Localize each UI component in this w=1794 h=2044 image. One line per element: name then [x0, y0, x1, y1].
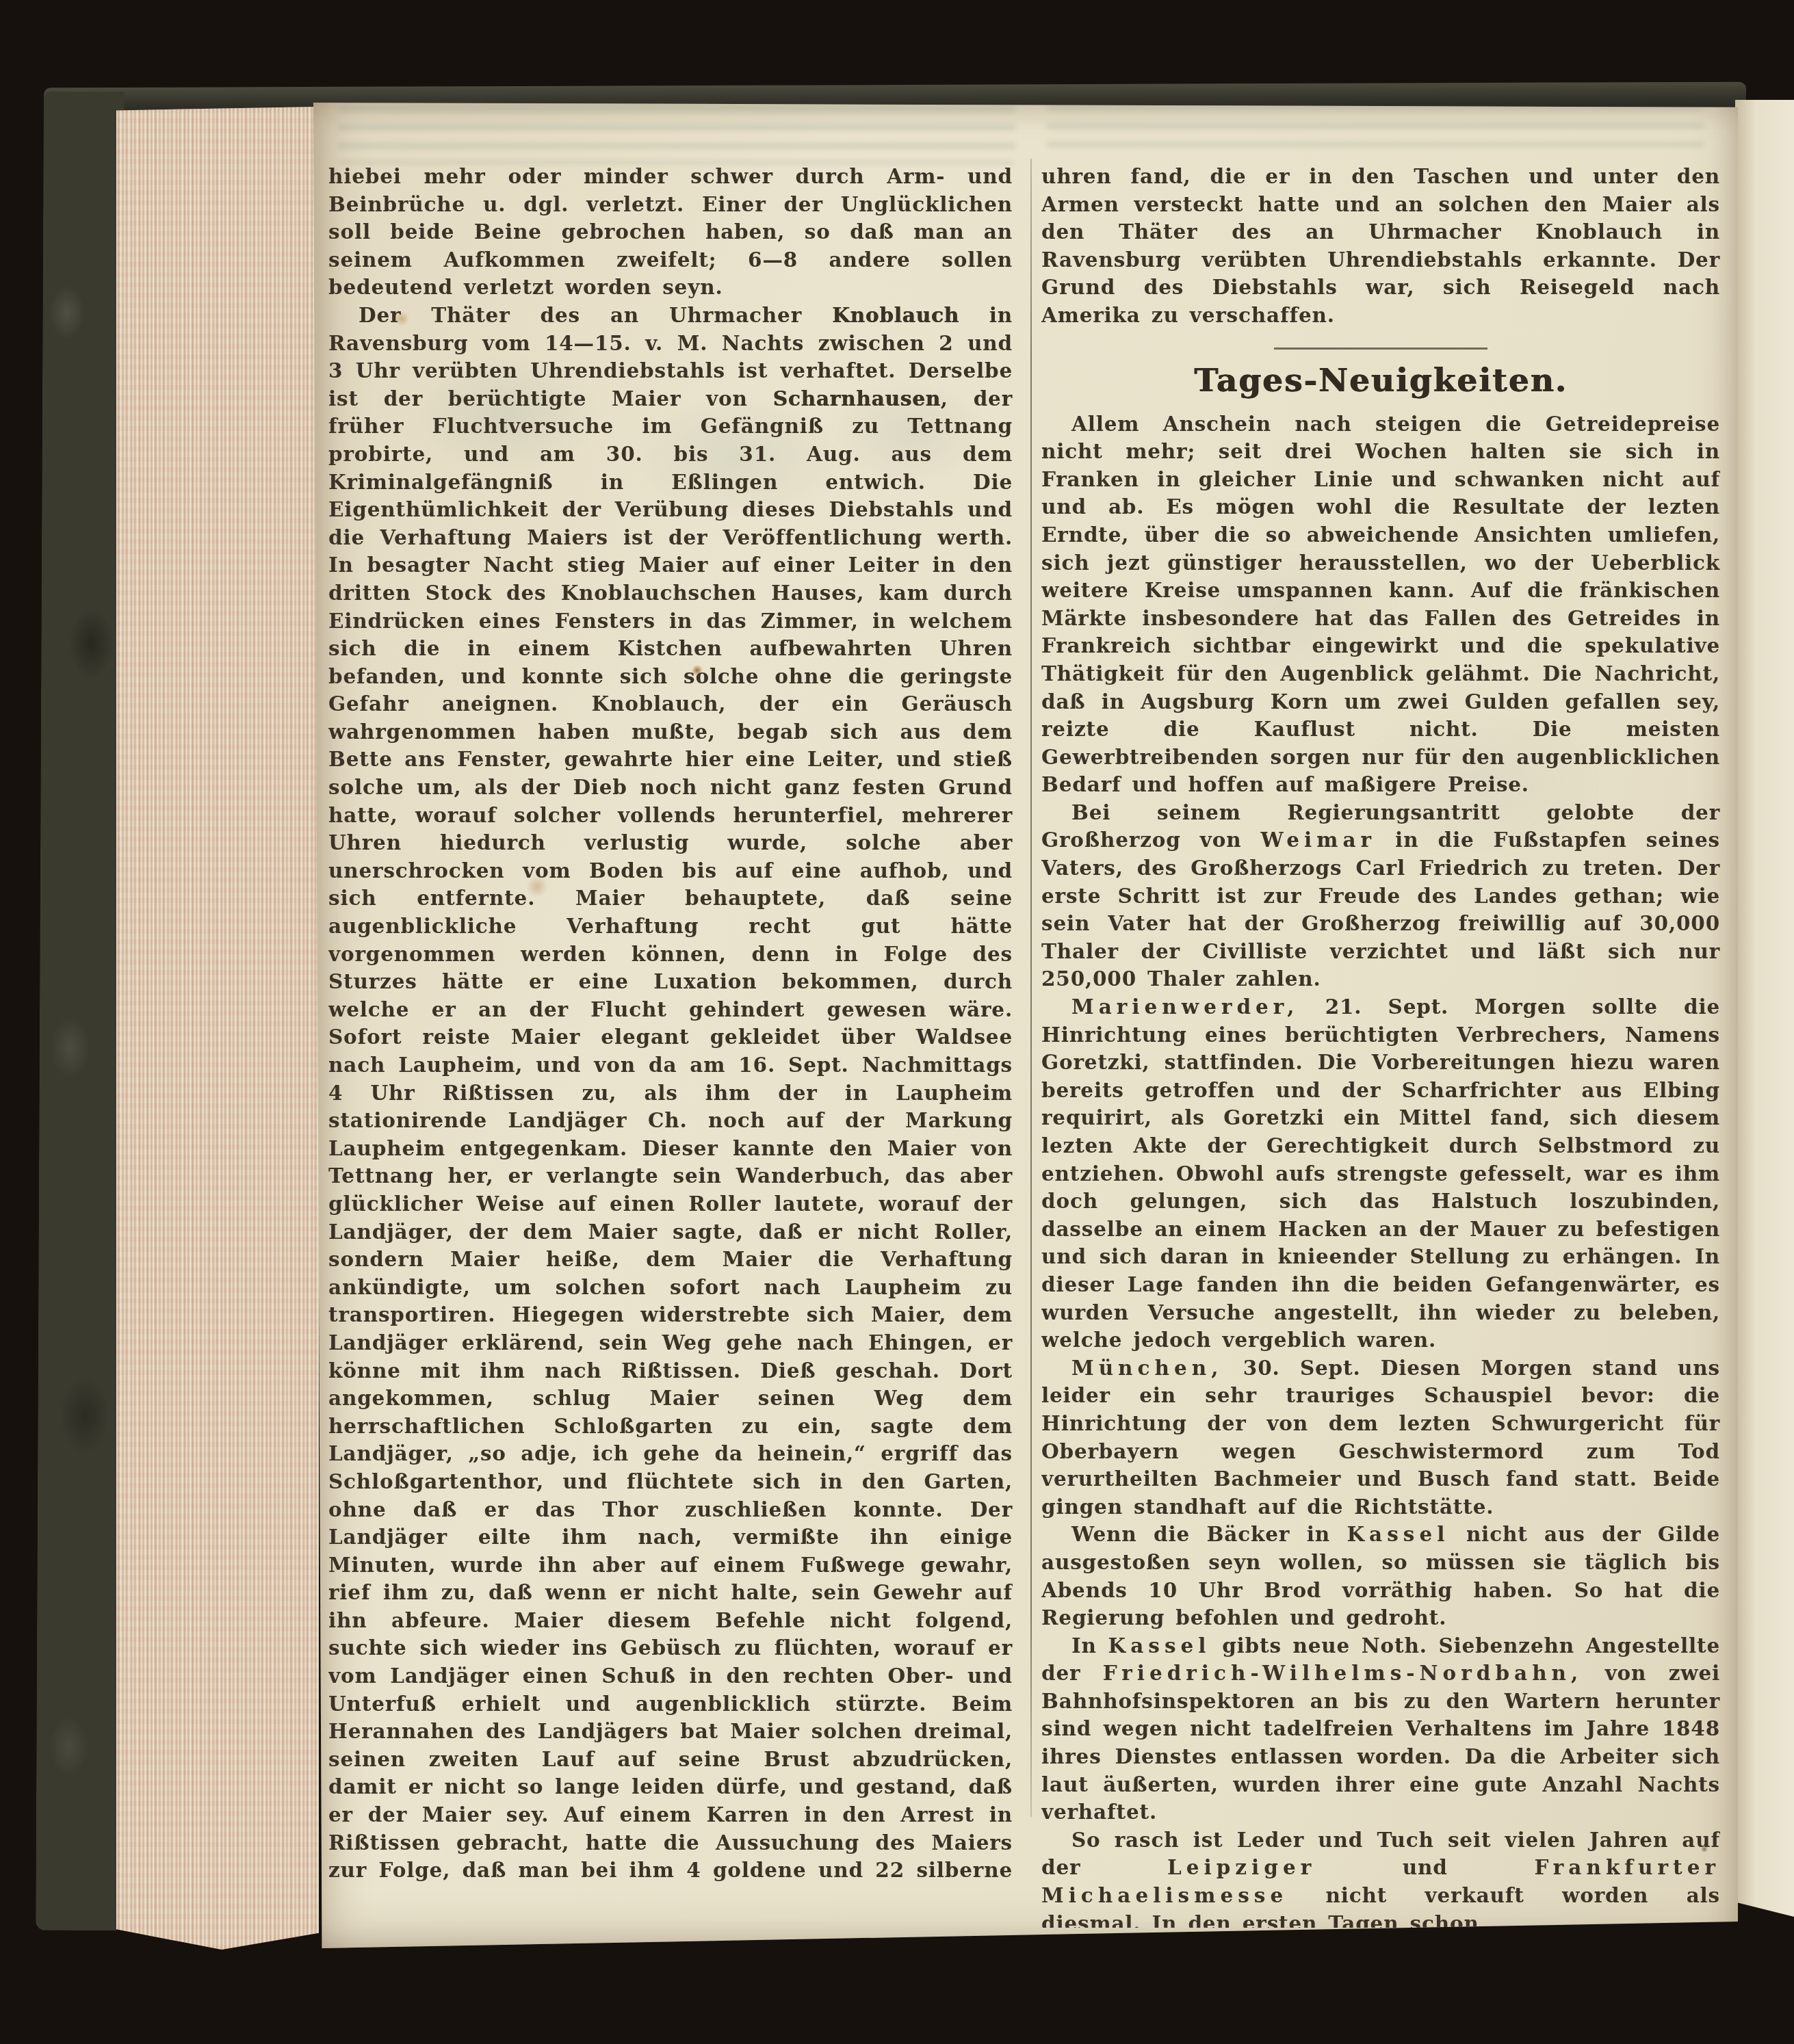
- paragraph: Wenn die Bäcker in Kassel nicht aus der …: [1041, 1521, 1720, 1632]
- text-segment: von zwei Bahnhofsinspektoren an bis zu d…: [1041, 1661, 1720, 1824]
- text-segment: , der früher Fluchtversuche im Gefängniß…: [328, 386, 1013, 1887]
- text-segment: München,: [1071, 1356, 1223, 1380]
- text-segment: Allem Anschein nach steigen die Getreide…: [1041, 412, 1720, 797]
- paragraph: Marienwerder, 21. Sept. Morgen sollte di…: [1041, 993, 1720, 1354]
- paragraph: So rasch ist Leder und Tuch seit vielen …: [1041, 1826, 1720, 1928]
- text-segment: uhren fand, die er in den Taschen und un…: [1041, 164, 1720, 327]
- show-through-text-top-right: [1047, 104, 1704, 159]
- text-segment: 21. Sept. Morgen sollte die Hinrichtung …: [1041, 995, 1720, 1352]
- text-segment: Weimar: [1260, 828, 1376, 852]
- section-heading: Tages-Neuigkeiten.: [1041, 362, 1720, 399]
- text-segment: hiebei mehr oder minder schwer durch Arm…: [328, 164, 1013, 299]
- column-right-news: Allem Anschein nach steigen die Getreide…: [1041, 410, 1720, 1928]
- text-segment: In: [1071, 1634, 1108, 1658]
- column-left: hiebei mehr oder minder schwer durch Arm…: [328, 163, 1013, 1887]
- show-through-text-top-left: [338, 105, 1015, 164]
- text-segment: Wenn die Bäcker in: [1071, 1522, 1347, 1546]
- text-segment: Marienwerder,: [1071, 995, 1299, 1019]
- column-divider-rule: [1030, 159, 1032, 1817]
- book-cover-marbled-edge: [36, 92, 125, 1930]
- text-segment: Leipziger: [1167, 1855, 1316, 1879]
- text-segment: Friedrich-Wilhelms-Nordbahn,: [1103, 1661, 1583, 1685]
- column-right: uhren fand, die er in den Taschen und un…: [1041, 163, 1720, 1928]
- text-segment: Knoblauch: [832, 303, 959, 327]
- page-stack-fore-edge: [116, 107, 319, 1950]
- paragraph: uhren fand, die er in den Taschen und un…: [1041, 163, 1720, 330]
- text-segment: Der Thäter des an Uhrmacher: [359, 303, 832, 327]
- paragraph: Der Thäter des an Uhrmacher Knoblauch in…: [328, 302, 1013, 1887]
- paragraph: Allem Anschein nach steigen die Getreide…: [1041, 410, 1720, 799]
- paragraph: hiebei mehr oder minder schwer durch Arm…: [328, 163, 1013, 302]
- text-segment: und: [1316, 1855, 1534, 1879]
- text-segment: Kassel: [1347, 1522, 1449, 1546]
- column-right-continuation: uhren fand, die er in den Taschen und un…: [1041, 163, 1720, 330]
- paragraph: In Kassel gibts neue Noth. Siebenzehn An…: [1041, 1632, 1720, 1826]
- text-segment: Scharnhausen: [773, 386, 941, 410]
- paragraph: Bei seinem Regierungsantritt gelobte der…: [1041, 799, 1720, 993]
- text-segment: Kassel: [1108, 1634, 1211, 1658]
- text-segment: in die Fußstapfen seines Vaters, des Gro…: [1041, 828, 1720, 991]
- paragraph: München, 30. Sept. Diesen Morgen stand u…: [1041, 1354, 1720, 1521]
- scanned-book-photo: { "document": { "kind": "historical news…: [0, 0, 1794, 2044]
- adjacent-page-gutter: [1735, 100, 1794, 1928]
- section-rule: [1274, 348, 1487, 350]
- newspaper-page: hiebei mehr oder minder schwer durch Arm…: [313, 103, 1738, 1948]
- text-segment: 30. Sept. Diesen Morgen stand uns leider…: [1041, 1356, 1720, 1519]
